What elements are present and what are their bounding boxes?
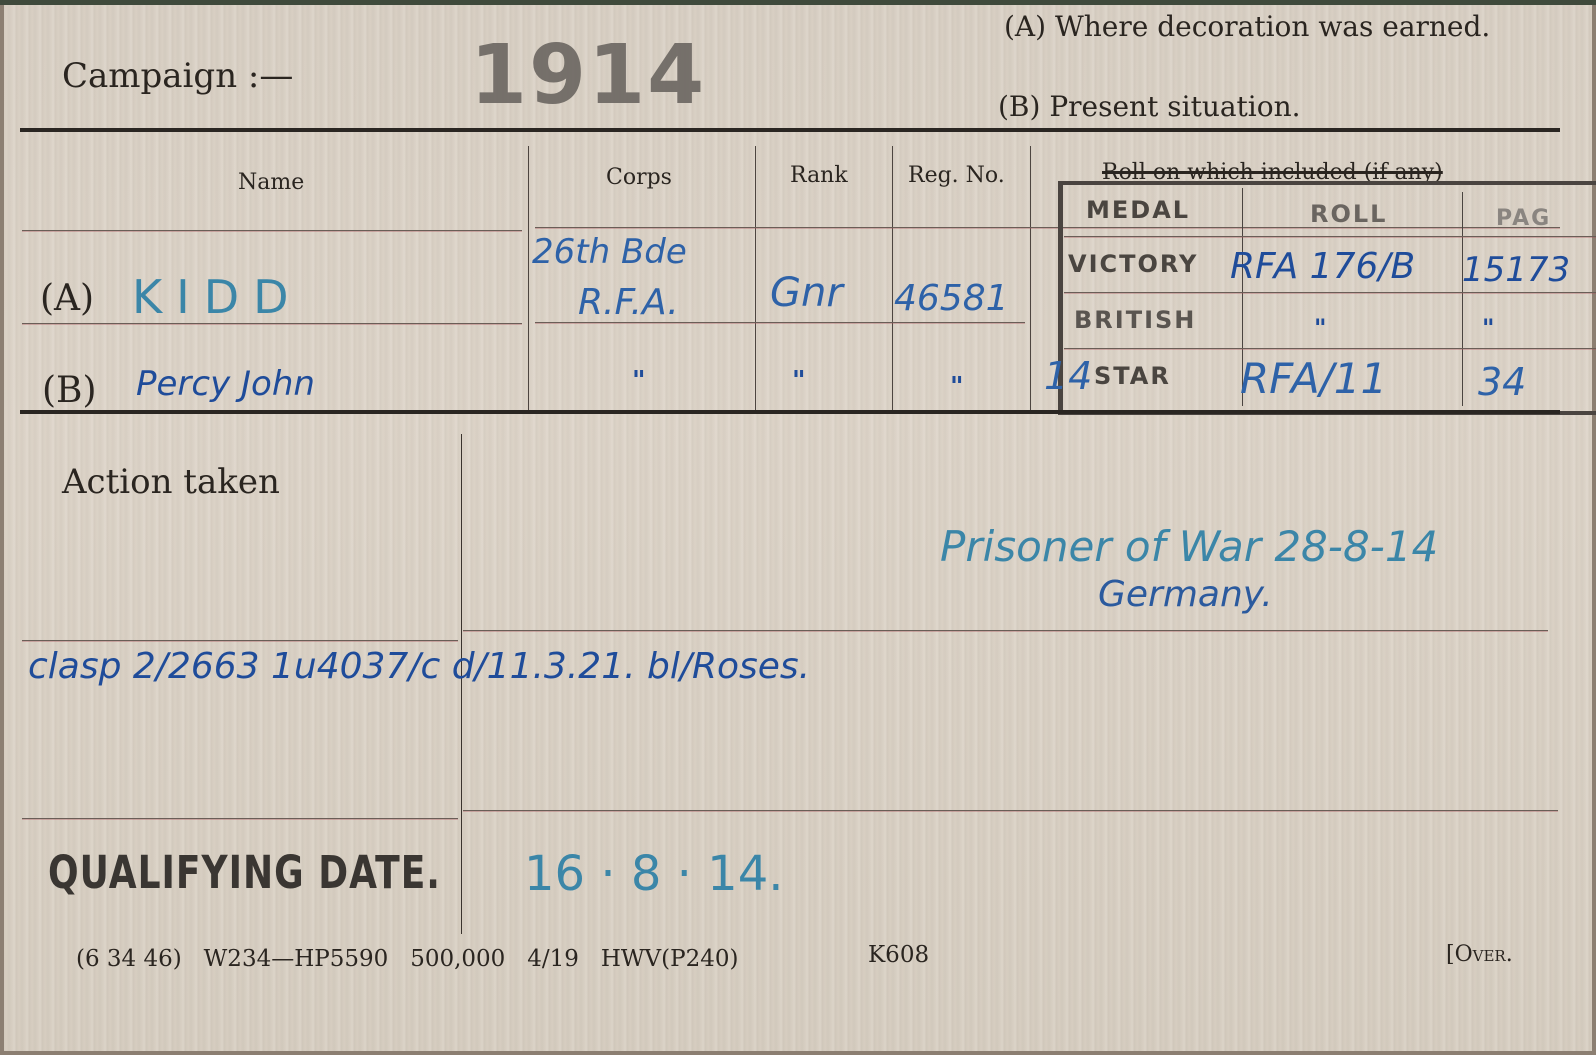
- print-code: (6 34 46) W234—HP5590 500,000 4/19 HWV(P…: [76, 946, 738, 972]
- qualifying-date-label: QUALIFYING DATE.: [48, 848, 441, 899]
- note-a: (A) Where decoration was earned.: [1004, 10, 1490, 43]
- col-corps-header: Corps: [606, 165, 672, 190]
- page-british-ditto: ": [1482, 314, 1495, 342]
- medal-star: STAR: [1094, 362, 1171, 390]
- row-a-regno: 46581: [894, 278, 1009, 319]
- medal-header: MEDAL: [1086, 196, 1190, 224]
- header-divider: [20, 128, 1560, 132]
- row-b-regno-ditto: ": [950, 372, 964, 402]
- page-victory: 15173: [1462, 250, 1570, 290]
- col-rank-header: Rank: [790, 163, 848, 188]
- pow-note: Prisoner of War 28-8-14: [940, 522, 1438, 571]
- row-a-rank: Gnr: [770, 270, 843, 316]
- row-a-corps-line1: 26th Bde: [532, 232, 687, 272]
- roll-star: RFA/11: [1240, 354, 1387, 403]
- action-taken-label: Action taken: [62, 462, 280, 502]
- col-divider: [755, 146, 756, 412]
- action-rule: [22, 640, 458, 641]
- page-star: 34: [1478, 360, 1526, 404]
- roll-rule: [1064, 348, 1596, 349]
- col-divider: [892, 146, 893, 412]
- campaign-label: Campaign :—: [62, 56, 293, 96]
- roll-rule: [1064, 236, 1596, 237]
- over-note: [Over.: [1446, 942, 1513, 967]
- row-b-marker: (B): [42, 370, 97, 411]
- form-number: K608: [868, 942, 929, 968]
- roll-divider: [1462, 192, 1463, 406]
- campaign-year-stamp: 1914: [470, 28, 706, 123]
- medal-british: BRITISH: [1074, 306, 1196, 334]
- qualifying-rule: [463, 810, 1558, 811]
- qualifying-rule: [22, 818, 458, 819]
- row-a-corps-line2: R.F.A.: [578, 282, 679, 323]
- row-b-name: Percy John: [136, 364, 315, 404]
- row-a-name: KIDD: [132, 270, 303, 324]
- col-divider: [1030, 146, 1031, 412]
- pow-location: Germany.: [1098, 574, 1273, 615]
- roll-header: ROLL: [1310, 200, 1387, 228]
- star-prefix: 14: [1044, 354, 1092, 398]
- row-rule: [22, 230, 522, 231]
- table-bottom-rule: [20, 410, 1560, 414]
- medal-index-card: Campaign :— 1914 (A) Where decoration wa…: [0, 0, 1596, 1055]
- medal-victory: VICTORY: [1068, 250, 1198, 278]
- col-regno-header: Reg. No.: [908, 163, 1005, 188]
- action-rule: [463, 630, 1548, 631]
- note-b: (B) Present situation.: [998, 90, 1301, 123]
- qualifying-date: 16 · 8 · 14.: [524, 846, 784, 902]
- clasp-note: clasp 2/2663 1u4037/c d/11.3.21. bl/Rose…: [28, 646, 810, 687]
- row-a-marker: (A): [40, 278, 94, 319]
- page-header: PAG: [1496, 206, 1551, 231]
- roll-victory: RFA 176/B: [1230, 246, 1415, 287]
- row-b-corps-ditto: ": [632, 366, 646, 396]
- col-name-header: Name: [238, 170, 304, 195]
- row-b-rank-ditto: ": [792, 366, 806, 396]
- roll-rule: [1064, 292, 1596, 293]
- roll-british-ditto: ": [1314, 314, 1327, 342]
- col-divider: [528, 146, 529, 412]
